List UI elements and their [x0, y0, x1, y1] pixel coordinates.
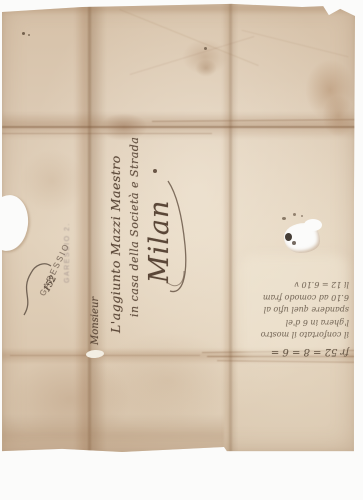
letter-paper: Monsieur L'aggiunto Mazzi Maestro in cas…	[2, 3, 355, 452]
docket-line: 6.10 ad comodo fram	[245, 291, 349, 304]
diagonal-crease	[242, 30, 349, 58]
docket-line: li 12 = 6.10 v	[245, 278, 349, 291]
address-recipient: L'aggiunto Mazzi Maestro	[108, 119, 123, 333]
address-block: Monsieur L'aggiunto Mazzi Maestro in cas…	[88, 119, 238, 347]
stain-blotch	[98, 333, 238, 428]
foxing-speck	[204, 47, 207, 50]
rate-mark-flourish	[18, 259, 60, 321]
foxing-speck	[22, 32, 25, 35]
stain-blotch	[322, 95, 355, 137]
address-city: Milan	[144, 119, 175, 283]
address-street: in casa della Società e Strada	[128, 119, 141, 317]
docket-line: fr 52 = 8 = 6 =	[245, 345, 349, 358]
wax-seal-remnant	[282, 217, 286, 220]
wax-seal-remnant	[292, 241, 296, 245]
top-edge-shading	[2, 3, 355, 15]
stain-blotch	[20, 149, 84, 213]
wax-seal-remnant	[285, 233, 292, 241]
wax-seal-remnant	[293, 213, 296, 216]
docket-line: spandere quel ufio al	[245, 303, 349, 316]
wax-seal-remnant	[301, 215, 303, 217]
docket-line: il confortato il mostro	[245, 328, 349, 341]
scanned-letter-image: Monsieur L'aggiunto Mazzi Maestro in cas…	[0, 0, 363, 500]
foxing-speck	[28, 34, 30, 36]
docket-notes: fr 52 = 8 = 6 = il confortato il mostro …	[245, 259, 349, 357]
docket-line: l'ghera in 6 d'el	[245, 316, 349, 329]
torn-hole-left	[0, 193, 31, 253]
address-salutation: Monsieur	[90, 119, 101, 345]
stain-blotch	[195, 59, 217, 77]
seal-tear-hole-ext	[304, 219, 322, 231]
transit-postmark: GARESSIO 2.	[64, 222, 71, 283]
signature-flourish	[166, 177, 192, 297]
